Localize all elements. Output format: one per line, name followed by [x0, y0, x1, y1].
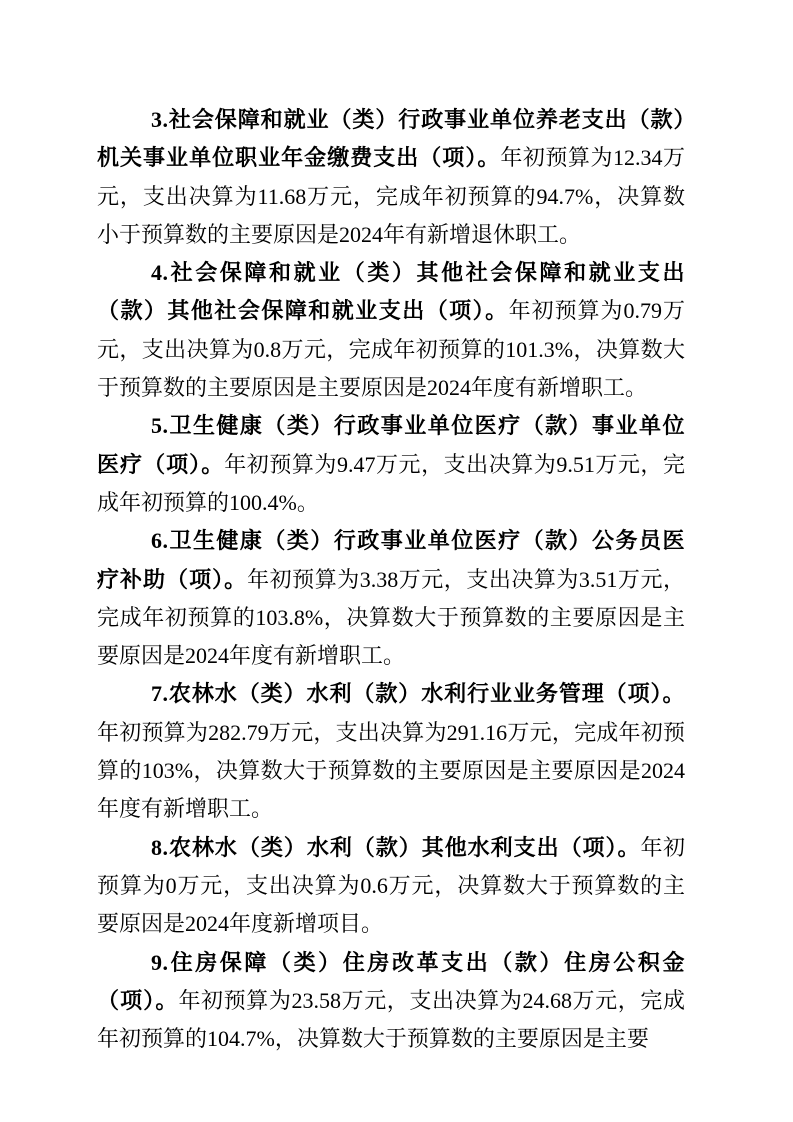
- para-item-3: 3.社会保障和就业（类）行政事业单位养老支出（款）机关事业单位职业年金缴费支出（…: [97, 101, 685, 254]
- para-item-9-body: 年初预算为23.58万元，支出决算为24.68万元，完成年初预算的104.7%，…: [97, 988, 685, 1051]
- para-item-5: 5.卫生健康（类）行政事业单位医疗（款）事业单位医疗（项）。年初预算为9.47万…: [97, 407, 685, 522]
- para-item-8-heading: 8.农林水（类）水利（款）其他水利支出（项）。: [151, 835, 641, 860]
- document-content: 3.社会保障和就业（类）行政事业单位养老支出（款）机关事业单位职业年金缴费支出（…: [97, 101, 685, 1058]
- para-item-7-heading: 7.农林水（类）水利（款）水利行业业务管理（项）。: [151, 681, 685, 706]
- para-item-4: 4.社会保障和就业（类）其他社会保障和就业支出（款）其他社会保障和就业支出（项）…: [97, 254, 685, 407]
- para-item-6: 6.卫生健康（类）行政事业单位医疗（款）公务员医疗补助（项）。年初预算为3.38…: [97, 522, 685, 675]
- para-item-7-body: 年初预算为282.79万元，支出决算为291.16万元，完成年初预算的103%，…: [97, 720, 685, 822]
- para-item-9: 9.住房保障（类）住房改革支出（款）住房公积金（项）。年初预算为23.58万元，…: [97, 944, 685, 1059]
- document-page: 3.社会保障和就业（类）行政事业单位养老支出（款）机关事业单位职业年金缴费支出（…: [0, 0, 793, 1122]
- para-item-7: 7.农林水（类）水利（款）水利行业业务管理（项）。年初预算为282.79万元，支…: [97, 675, 685, 828]
- para-item-8: 8.农林水（类）水利（款）其他水利支出（项）。年初预算为0万元，支出决算为0.6…: [97, 829, 685, 944]
